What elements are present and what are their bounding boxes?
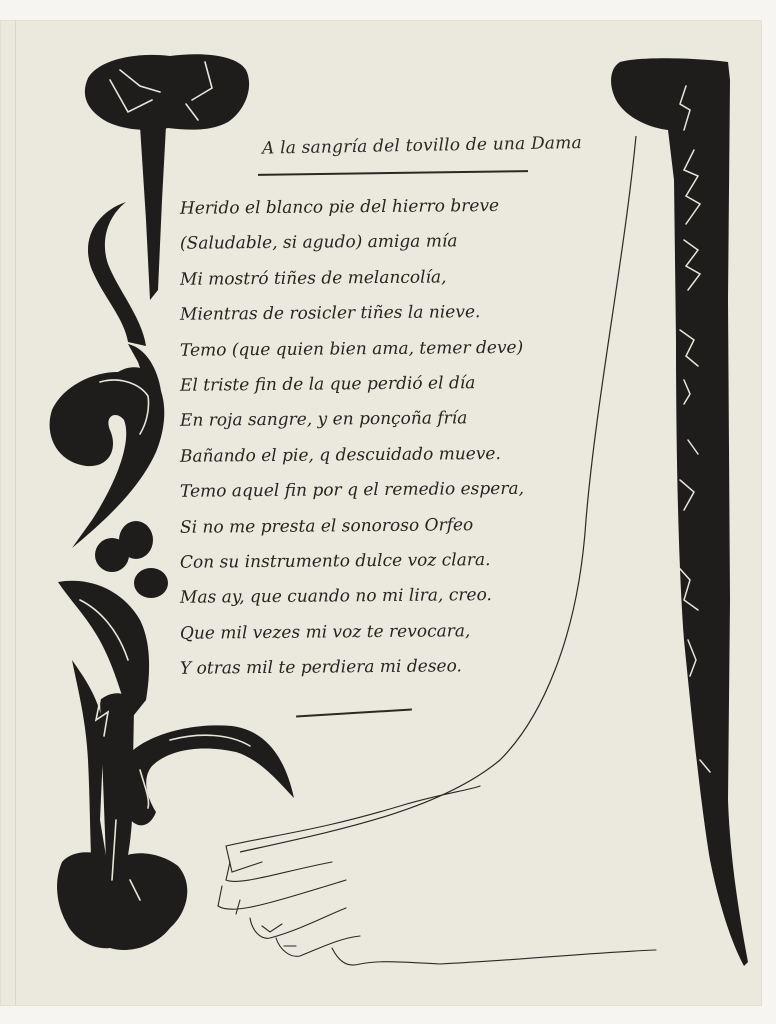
poem-line: Temo (que quien bien ama, temer deve)	[180, 330, 580, 369]
poem-line: Si no me presta el sonoroso Orfeo	[180, 507, 580, 546]
poem-line: Herido el blanco pie del hierro breve	[180, 188, 580, 227]
poem-line: Bañando el pie, q descuidado mueve.	[180, 436, 580, 475]
foot-drawing	[218, 786, 656, 965]
poem-line: Mi mostró tiñes de melancolía,	[180, 259, 580, 298]
poem-line: Con su instrumento dulce voz clara.	[180, 542, 580, 581]
poem-line: Y otras mil te perdiera mi deseo.	[180, 648, 580, 687]
poem-line: (Saludable, si agudo) amiga mía	[180, 224, 580, 263]
poem-text: Herido el blanco pie del hierro breve (S…	[180, 190, 580, 685]
poem-line: Que mil vezes mi voz te revocara,	[180, 613, 580, 652]
poem-line: Mas ay, que cuando no mi lira, creo.	[180, 578, 580, 617]
poem-line: En roja sangre, y en ponçoña fría	[180, 401, 580, 440]
poem-line: El triste fin de la que perdió el día	[180, 365, 580, 404]
right-brush-column	[611, 58, 748, 966]
poem-line: Temo aquel fin por q el remedio espera,	[180, 471, 580, 510]
poem-line: Mientras de rosicler tiñes la nieve.	[180, 294, 580, 333]
